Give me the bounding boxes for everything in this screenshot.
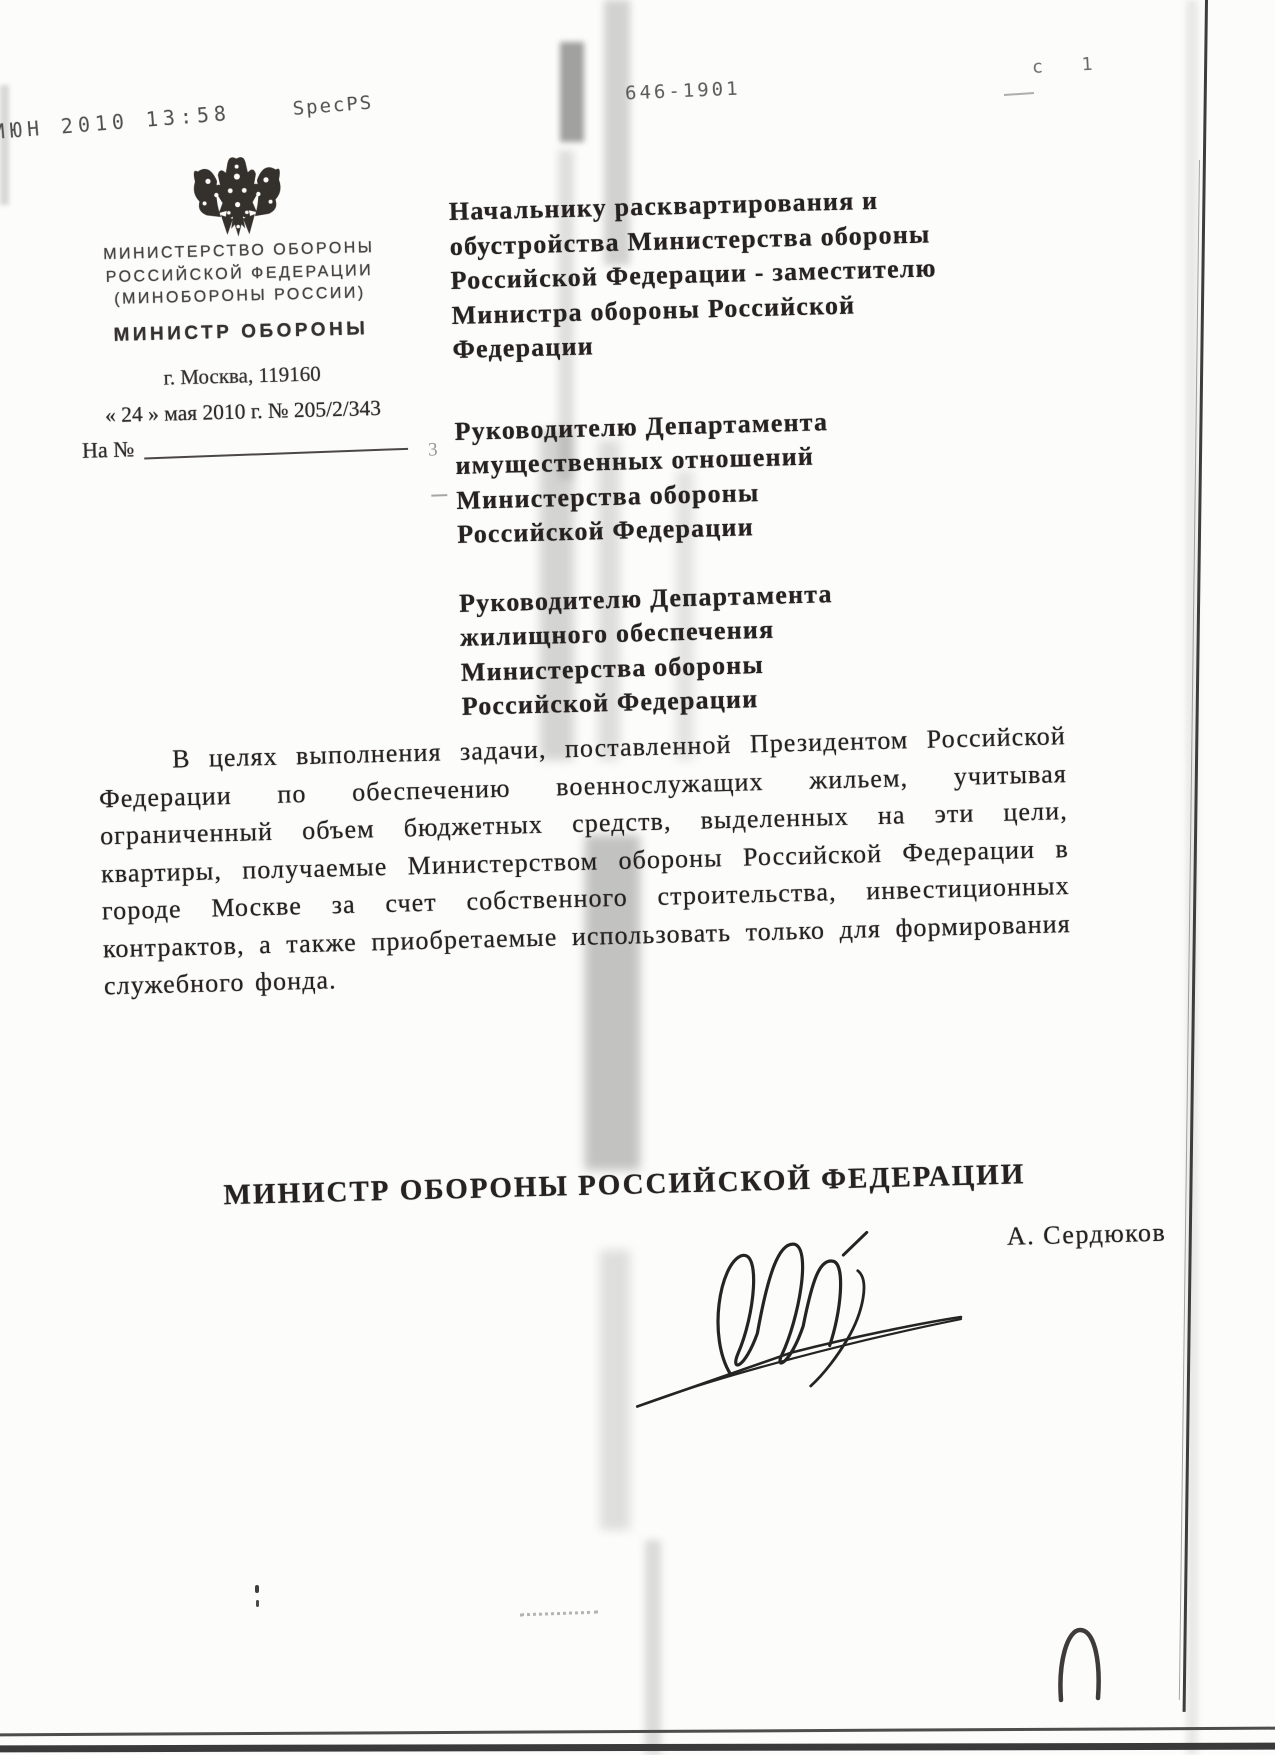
addressee-block: Начальнику расквартирования и обустройст…: [448, 180, 1042, 725]
sender-post-title: МИНИСТР ОБОРОНЫ: [75, 317, 407, 348]
addressee-2: Руководителю Департамента имущественных …: [454, 399, 1037, 552]
signer-title: МИНИСТР ОБОРОНЫ РОССИЙСКОЙ ФЕДЕРАЦИИ: [169, 1157, 1080, 1214]
bleed-dash: [431, 494, 447, 496]
reference-row: На №: [78, 429, 411, 464]
body-paragraph: В целях выполнения задачи, поставленной …: [98, 717, 1073, 1005]
signer-name: А. Сердюков: [1007, 1218, 1167, 1252]
reference-label: На №: [82, 436, 135, 463]
letter-content: МИНИСТЕРСТВО ОБОРОНЫ РОССИЙСКОЙ ФЕДЕРАЦИ…: [0, 0, 1275, 1755]
staple-mark-icon: [1056, 1626, 1104, 1704]
sender-city: г. Москва, 119160: [76, 359, 409, 393]
scanned-letter-page: ИЮН 2010 13:58SpecPS 646-1901 с 1: [0, 0, 1275, 1755]
ink-speck: [256, 1600, 259, 1607]
letterhead: МИНИСТЕРСТВО ОБОРОНЫ РОССИЙСКОЙ ФЕДЕРАЦИ…: [70, 150, 410, 463]
scan-edge-line: [0, 1743, 1275, 1753]
reference-blank-line: [144, 447, 408, 459]
ink-speck: [255, 1585, 259, 1593]
addressee-3: Руководителю Департамента жилищного обес…: [459, 571, 1042, 724]
coat-of-arms-icon: [189, 153, 285, 239]
addressee-1: Начальнику расквартирования и обустройст…: [448, 180, 1032, 368]
letter-date-number: « 24 » мая 2010 г. № 205/2/343: [77, 395, 410, 429]
bleed-mark: 3: [428, 439, 438, 461]
handwritten-signature-icon: [618, 1216, 975, 1437]
